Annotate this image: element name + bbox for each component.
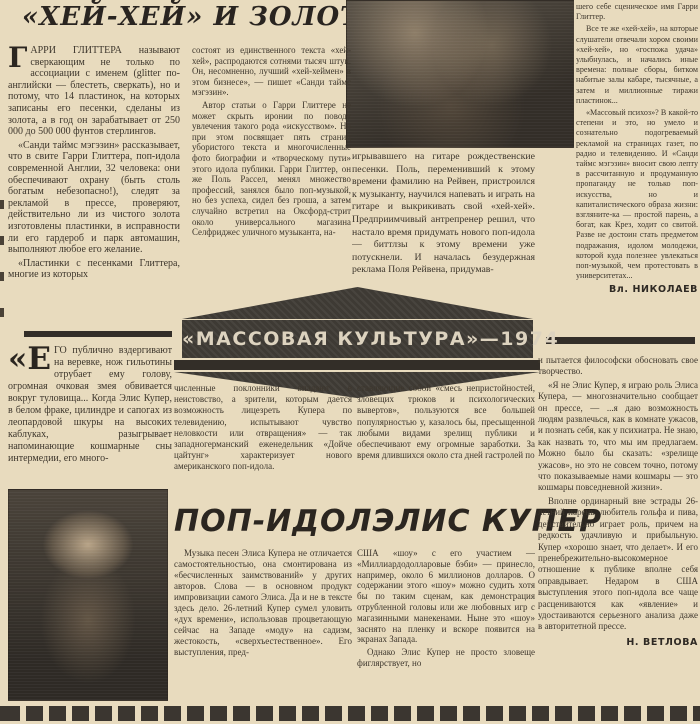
glitter-col1-p1: ГАРРИ ГЛИТТЕРА называют сверкающим не то… [8, 45, 180, 138]
glitter-col2-p1: состоят из единственного текста «хей-хей… [192, 45, 351, 98]
filmstrip-border [0, 706, 700, 721]
glitter-col1-p2: «Санди таймс мэгэзин» рассказывает, что … [8, 140, 180, 256]
alice-cooper-photo [8, 489, 168, 701]
cooper-colC-p1: и пытается философски обосновать свое тв… [538, 355, 698, 378]
glitter-headline: «ХЕЙ-ХЕЙ» И ЗОЛОТО [22, 2, 352, 40]
cooper-lead-column: «ЕГО публично вздергивают на веревке, но… [8, 345, 172, 487]
cooper-colA-p1: численные поклонники впадают в неистовст… [174, 383, 352, 473]
cooper-colC-p3: Вполне ординарный вне эстрады 26-летний … [538, 496, 698, 633]
glitter-col2-p2: Автор статьи о Гарри Глиттере не может с… [192, 100, 351, 238]
glitter-col1-p1-text: АРРИ ГЛИТТЕРА называют сверкающим не тол… [8, 45, 180, 137]
cooper-colA-p2: Музыка песен Элиса Купера не отличается … [174, 548, 352, 658]
cooper-columnB-lower: США «шоу» с его участием — «Миллиардодол… [357, 548, 535, 698]
cooper-colB-p2: США «шоу» с его участием — «Миллиардодол… [357, 548, 535, 645]
glitter-col4-p3: «Массовый психоз»? В какой-то степени и … [576, 108, 698, 281]
cooper-lead-p1: «ЕГО публично вздергивают на веревке, но… [8, 345, 172, 465]
glitter-col4-p2: Все те же «хей-хей», на которые слушател… [576, 24, 698, 106]
scan-artifact [0, 272, 4, 281]
cooper-headline: ПОП-ИДОЛ ЭЛИС КУПЕР [174, 499, 535, 543]
glitter-column-2: состоят из единственного текста «хей-хей… [192, 45, 351, 331]
glitter-col4-p1: шего себе сценическое имя Гарри Глиттер. [576, 2, 698, 22]
cooper-colC-p2: «Я не Элис Купер, я играю роль Элиса Куп… [538, 380, 698, 494]
dropcap-g: Г [8, 45, 30, 69]
scan-artifact [0, 200, 4, 209]
cooper-columnA-upper: численные поклонники впадают в неистовст… [174, 383, 352, 489]
cooper-headline-left: ПОП-ИДОЛ [174, 504, 372, 539]
cooper-signature: Н. ВЕТЛОВА [538, 637, 698, 648]
cooper-colB-p1: ставляющие собой «смесь непристойностей,… [357, 383, 535, 461]
glitter-column-1: ГАРРИ ГЛИТТЕРА называют сверкающим не то… [8, 45, 180, 331]
cooper-columnC: и пытается философски обосновать свое тв… [538, 355, 698, 699]
cooper-colB-p3: Однако Элис Купер не просто зловеще фигл… [357, 647, 535, 669]
section-divider-right [546, 337, 695, 344]
banner-title: «МАССОВАЯ КУЛЬТУРА»—1974 [182, 320, 533, 358]
banner-rule [174, 360, 540, 370]
section-divider-left [24, 331, 172, 337]
newspaper-clipping: «ХЕЙ-ХЕЙ» И ЗОЛОТО ГАРРИ ГЛИТТЕРА называ… [0, 0, 700, 724]
glitter-performer-photo [346, 0, 574, 148]
cooper-columnB-upper: ставляющие собой «смесь непристойностей,… [357, 383, 535, 489]
scan-artifact [0, 308, 4, 317]
glitter-signature: Вл. НИКОЛАЕВ [576, 285, 698, 295]
glitter-column-4: шего себе сценическое имя Гарри Глиттер.… [576, 2, 698, 338]
cooper-columnA-lower: Музыка песен Элиса Купера не отличается … [174, 548, 352, 700]
dropcap-e: «Е [8, 345, 54, 372]
scan-artifact [0, 236, 4, 245]
glitter-col3-p1: игрывавшего на гитаре рождественские пес… [352, 151, 535, 277]
glitter-col1-p3: «Пластинки с песенками Глиттера, многие … [8, 258, 180, 281]
